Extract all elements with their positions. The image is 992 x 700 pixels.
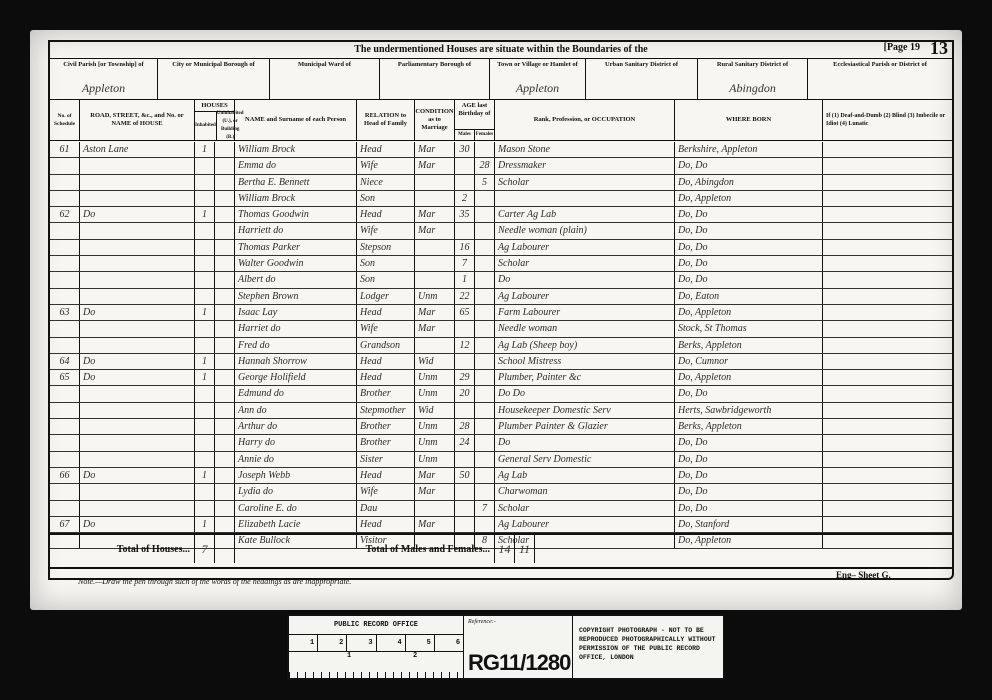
- relation-cell: Wife: [357, 223, 415, 238]
- schedule-cell: [50, 272, 80, 287]
- relation-cell: Wife: [357, 484, 415, 499]
- female-age-cell: [475, 223, 495, 238]
- infirmity-cell: [823, 191, 952, 206]
- male-age-cell: [455, 223, 475, 238]
- name-cell: Joseph Webb: [235, 468, 357, 483]
- name-cell: George Holifield: [235, 370, 357, 385]
- infirmity-cell: [823, 517, 952, 532]
- female-age-cell: [475, 142, 495, 157]
- col-where-born: WHERE BORN: [675, 100, 823, 140]
- table-row: Thomas ParkerStepson16Ag LabourerDo, Do: [50, 240, 952, 256]
- uninhabited-cell: [215, 272, 235, 287]
- female-age-cell: [475, 452, 495, 467]
- male-age-cell: 29: [455, 370, 475, 385]
- condition-cell: Mar: [415, 207, 455, 222]
- female-age-cell: [475, 338, 495, 353]
- uninhabited-cell: [215, 501, 235, 516]
- inhabited-cell: [195, 223, 215, 238]
- inhabited-cell: [195, 484, 215, 499]
- form-title: The undermentioned Houses are situate wi…: [50, 44, 952, 55]
- condition-cell: Unm: [415, 289, 455, 304]
- infirmity-cell: [823, 289, 952, 304]
- relation-cell: Head: [357, 517, 415, 532]
- infirmity-cell: [823, 452, 952, 467]
- table-row: 61Aston Lane1William BrockHeadMar30Mason…: [50, 142, 952, 158]
- inhabited-cell: [195, 272, 215, 287]
- female-age-cell: [475, 256, 495, 271]
- inhabited-cell: [195, 321, 215, 336]
- road-cell: Do: [80, 370, 195, 385]
- relation-cell: Son: [357, 272, 415, 287]
- female-age-cell: [475, 240, 495, 255]
- name-cell: Fred do: [235, 338, 357, 353]
- male-age-cell: 22: [455, 289, 475, 304]
- inhabited-cell: [195, 501, 215, 516]
- condition-cell: Mar: [415, 223, 455, 238]
- uninhabited-cell: [215, 370, 235, 385]
- table-row: Stephen BrownLodgerUnm22Ag LabourerDo, E…: [50, 289, 952, 305]
- uninhabited-cell: [215, 403, 235, 418]
- uninhabited-cell: [215, 338, 235, 353]
- where-born-cell: Do, Cumnor: [675, 354, 823, 369]
- female-age-cell: [475, 305, 495, 320]
- location-parliamentary-borough: Parliamentary Borough of: [380, 59, 490, 99]
- ruler: 1 2: [289, 652, 463, 678]
- schedule-cell: 67: [50, 517, 80, 532]
- inhabited-cell: 1: [195, 305, 215, 320]
- male-age-cell: 50: [455, 468, 475, 483]
- schedule-cell: [50, 338, 80, 353]
- inhabited-cell: [195, 256, 215, 271]
- male-age-cell: 2: [455, 191, 475, 206]
- total-houses-label: Total of Houses...: [50, 535, 195, 563]
- name-cell: Albert do: [235, 272, 357, 287]
- col-occupation: Rank, Profession, or OCCUPATION: [495, 100, 675, 140]
- female-age-cell: [475, 435, 495, 450]
- table-row: Edmund doBrotherUnm20Do DoDo, Do: [50, 386, 952, 402]
- infirmity-cell: [823, 158, 952, 173]
- where-born-cell: Herts, Sawbridgeworth: [675, 403, 823, 418]
- female-age-cell: [475, 272, 495, 287]
- relation-cell: Sister: [357, 452, 415, 467]
- uninhabited-cell: [215, 158, 235, 173]
- schedule-cell: [50, 386, 80, 401]
- male-age-cell: [455, 501, 475, 516]
- relation-cell: Head: [357, 207, 415, 222]
- col-road: ROAD, STREET, &c., and No. or NAME of HO…: [80, 100, 195, 140]
- occupation-cell: Do Do: [495, 386, 675, 401]
- uninhabited-cell: [215, 256, 235, 271]
- road-cell: [80, 191, 195, 206]
- col-infirmity: If (1) Deaf-and-Dumb (2) Blind (3) Imbec…: [823, 100, 952, 140]
- female-age-cell: [475, 191, 495, 206]
- condition-cell: [415, 256, 455, 271]
- name-cell: Hannah Shorrow: [235, 354, 357, 369]
- uninhabited-cell: [215, 354, 235, 369]
- census-entries: 61Aston Lane1William BrockHeadMar30Mason…: [50, 142, 952, 549]
- occupation-cell: Ag Labourer: [495, 517, 675, 532]
- uninhabited-cell: [215, 386, 235, 401]
- female-age-cell: [475, 354, 495, 369]
- male-age-cell: 24: [455, 435, 475, 450]
- uninhabited-cell: [215, 305, 235, 320]
- infirmity-cell: [823, 240, 952, 255]
- occupation-cell: Dressmaker: [495, 158, 675, 173]
- occupation-cell: Housekeeper Domestic Serv: [495, 403, 675, 418]
- where-born-cell: Do, Do: [675, 158, 823, 173]
- female-age-cell: [475, 419, 495, 434]
- name-cell: Caroline E. do: [235, 501, 357, 516]
- male-age-cell: 1: [455, 272, 475, 287]
- copyright-notice: COPYRIGHT PHOTOGRAPH - NOT TO BE REPRODU…: [573, 616, 723, 678]
- infirmity-cell: [823, 207, 952, 222]
- male-age-cell: [455, 175, 475, 190]
- occupation-cell: Ag Lab: [495, 468, 675, 483]
- female-age-cell: 5: [475, 175, 495, 190]
- name-cell: Walter Goodwin: [235, 256, 357, 271]
- male-age-cell: [455, 484, 475, 499]
- road-cell: [80, 256, 195, 271]
- schedule-cell: [50, 321, 80, 336]
- total-houses-value: 7: [195, 535, 215, 563]
- occupation-cell: School Mistress: [495, 354, 675, 369]
- name-cell: William Brock: [235, 142, 357, 157]
- road-cell: Aston Lane: [80, 142, 195, 157]
- uninhabited-cell: [215, 484, 235, 499]
- male-age-cell: 65: [455, 305, 475, 320]
- uninhabited-cell: [215, 142, 235, 157]
- occupation-cell: General Serv Domestic: [495, 452, 675, 467]
- road-cell: [80, 435, 195, 450]
- uninhabited-cell: [215, 289, 235, 304]
- relation-cell: Wife: [357, 158, 415, 173]
- road-cell: [80, 338, 195, 353]
- table-row: Emma doWifeMar28DressmakerDo, Do: [50, 158, 952, 174]
- uninhabited-cell: [215, 419, 235, 434]
- female-age-cell: [475, 289, 495, 304]
- relation-cell: Son: [357, 256, 415, 271]
- condition-cell: [415, 240, 455, 255]
- relation-cell: Lodger: [357, 289, 415, 304]
- page-number: [Page 19: [884, 42, 920, 53]
- where-born-cell: Berks, Appleton: [675, 419, 823, 434]
- col-name: NAME and Surname of each Person: [235, 100, 357, 140]
- reference-box: Reference:- RG11/1280: [464, 616, 573, 678]
- road-cell: [80, 223, 195, 238]
- name-cell: Elizabeth Lacie: [235, 517, 357, 532]
- inhabited-cell: [195, 435, 215, 450]
- occupation-cell: Ag Labourer: [495, 240, 675, 255]
- location-civil-parish: Civil Parish [or Township] of Appleton: [50, 59, 158, 99]
- location-city-borough: City or Municipal Borough of: [158, 59, 270, 99]
- road-cell: Do: [80, 517, 195, 532]
- road-cell: Do: [80, 305, 195, 320]
- inhabited-cell: [195, 158, 215, 173]
- condition-cell: [415, 338, 455, 353]
- where-born-cell: Do, Eaton: [675, 289, 823, 304]
- name-cell: Thomas Parker: [235, 240, 357, 255]
- infirmity-cell: [823, 403, 952, 418]
- male-age-cell: 30: [455, 142, 475, 157]
- road-cell: [80, 175, 195, 190]
- occupation-cell: Scholar: [495, 256, 675, 271]
- road-cell: [80, 501, 195, 516]
- totals-blank: [535, 535, 952, 563]
- inhabited-cell: [195, 452, 215, 467]
- total-females-value: 11: [515, 535, 535, 563]
- schedule-cell: [50, 452, 80, 467]
- column-header-row: No. of Schedule ROAD, STREET, &c., and N…: [50, 100, 952, 141]
- uninhabited-cell: [215, 191, 235, 206]
- female-age-cell: [475, 468, 495, 483]
- where-born-cell: Do, Do: [675, 435, 823, 450]
- condition-cell: Mar: [415, 305, 455, 320]
- relation-cell: Stepmother: [357, 403, 415, 418]
- road-cell: Do: [80, 468, 195, 483]
- location-town-village: Town or Village or Hamlet of Appleton: [490, 59, 586, 99]
- relation-cell: Brother: [357, 386, 415, 401]
- schedule-cell: [50, 419, 80, 434]
- condition-cell: Mar: [415, 484, 455, 499]
- male-age-cell: 35: [455, 207, 475, 222]
- female-age-cell: [475, 207, 495, 222]
- sheet-id: Eng– Sheet G.: [836, 570, 891, 580]
- road-cell: [80, 386, 195, 401]
- plate-number: 13: [930, 38, 948, 59]
- location-ecclesiastical-parish: Ecclesiastical Parish or District of: [808, 59, 952, 99]
- infirmity-cell: [823, 223, 952, 238]
- road-cell: Do: [80, 354, 195, 369]
- infirmity-cell: [823, 386, 952, 401]
- occupation-cell: Carter Ag Lab: [495, 207, 675, 222]
- road-cell: Do: [80, 207, 195, 222]
- occupation-cell: Charwoman: [495, 484, 675, 499]
- infirmity-cell: [823, 321, 952, 336]
- total-males-value: 14: [495, 535, 515, 563]
- condition-cell: Mar: [415, 321, 455, 336]
- scale-numbers: 1 2 3 4 5 6: [289, 635, 463, 652]
- uninhabited-cell: [215, 223, 235, 238]
- uninhabited-cell: [215, 240, 235, 255]
- schedule-cell: 61: [50, 142, 80, 157]
- location-rural-sanitary: Rural Sanitary District of Abingdon: [698, 59, 808, 99]
- name-cell: Stephen Brown: [235, 289, 357, 304]
- inhabited-cell: [195, 403, 215, 418]
- table-row: 65Do1George HolifieldHeadUnm29Plumber, P…: [50, 370, 952, 386]
- reference-number: RG11/1280: [468, 650, 570, 676]
- name-cell: William Brock: [235, 191, 357, 206]
- relation-cell: Head: [357, 142, 415, 157]
- condition-cell: Unm: [415, 435, 455, 450]
- name-cell: Harry do: [235, 435, 357, 450]
- infirmity-cell: [823, 370, 952, 385]
- male-age-cell: [455, 354, 475, 369]
- occupation-cell: [495, 191, 675, 206]
- census-sheet: The undermentioned Houses are situate wi…: [30, 30, 962, 610]
- relation-cell: Niece: [357, 175, 415, 190]
- condition-cell: Wid: [415, 354, 455, 369]
- where-born-cell: Do, Do: [675, 207, 823, 222]
- location-municipal-ward: Municipal Ward of: [270, 59, 380, 99]
- table-row: 63Do1Isaac LayHeadMar65Farm LabourerDo, …: [50, 305, 952, 321]
- schedule-cell: [50, 484, 80, 499]
- col-condition: CONDITION as to Marriage: [415, 100, 455, 140]
- col-age: AGE last Birthday of Males Females: [455, 100, 495, 140]
- female-age-cell: [475, 484, 495, 499]
- female-age-cell: 28: [475, 158, 495, 173]
- condition-cell: [415, 191, 455, 206]
- where-born-cell: Do, Do: [675, 468, 823, 483]
- form-note: Note.—Draw the pen through such of the w…: [78, 577, 351, 586]
- name-cell: Emma do: [235, 158, 357, 173]
- schedule-cell: [50, 403, 80, 418]
- relation-cell: Head: [357, 370, 415, 385]
- male-age-cell: [455, 158, 475, 173]
- schedule-cell: [50, 256, 80, 271]
- inhabited-cell: 1: [195, 370, 215, 385]
- table-row: 66Do1Joseph WebbHeadMar50Ag LabDo, Do: [50, 468, 952, 484]
- inhabited-cell: [195, 240, 215, 255]
- where-born-cell: Do, Do: [675, 223, 823, 238]
- relation-cell: Brother: [357, 435, 415, 450]
- table-row: Fred doGrandson12Ag Lab (Sheep boy)Berks…: [50, 338, 952, 354]
- road-cell: [80, 158, 195, 173]
- table-row: Harriet doWifeMarNeedle womanStock, St T…: [50, 321, 952, 337]
- where-born-cell: Berks, Appleton: [675, 338, 823, 353]
- road-cell: [80, 419, 195, 434]
- occupation-cell: Scholar: [495, 501, 675, 516]
- schedule-cell: [50, 289, 80, 304]
- inhabited-cell: [195, 289, 215, 304]
- uninhabited-cell: [215, 175, 235, 190]
- where-born-cell: Do, Appleton: [675, 191, 823, 206]
- table-row: Harry doBrotherUnm24DoDo, Do: [50, 435, 952, 451]
- table-row: Caroline E. doDau7ScholarDo, Do: [50, 501, 952, 517]
- inhabited-cell: [195, 419, 215, 434]
- infirmity-cell: [823, 419, 952, 434]
- name-cell: Thomas Goodwin: [235, 207, 357, 222]
- where-born-cell: Do, Do: [675, 386, 823, 401]
- inhabited-cell: 1: [195, 354, 215, 369]
- female-age-cell: [475, 386, 495, 401]
- record-office-scale: PUBLIC RECORD OFFICE 1 2 3 4 5 6 1 2: [289, 616, 464, 678]
- where-born-cell: Do, Do: [675, 484, 823, 499]
- where-born-cell: Do, Do: [675, 452, 823, 467]
- infirmity-cell: [823, 484, 952, 499]
- occupation-cell: Scholar: [495, 175, 675, 190]
- inhabited-cell: 1: [195, 468, 215, 483]
- table-row: William BrockSon2Do, Appleton: [50, 191, 952, 207]
- record-office-label: PUBLIC RECORD OFFICE 1 2 3 4 5 6 1 2 Ref…: [287, 614, 725, 680]
- occupation-cell: Needle woman (plain): [495, 223, 675, 238]
- schedule-cell: [50, 435, 80, 450]
- inhabited-cell: [195, 175, 215, 190]
- male-age-cell: 20: [455, 386, 475, 401]
- relation-cell: Head: [357, 305, 415, 320]
- name-cell: Bertha E. Bennett: [235, 175, 357, 190]
- table-row: Walter GoodwinSon7ScholarDo, Do: [50, 256, 952, 272]
- inhabited-cell: 1: [195, 207, 215, 222]
- schedule-cell: 66: [50, 468, 80, 483]
- table-row: Lydia doWifeMarCharwomanDo, Do: [50, 484, 952, 500]
- infirmity-cell: [823, 305, 952, 320]
- col-houses: HOUSES Inhabited Uninhabited (U.), or Bu…: [195, 100, 235, 140]
- road-cell: [80, 240, 195, 255]
- uninhabited-cell: [215, 321, 235, 336]
- total-people-label: Total of Males and Females...: [235, 535, 495, 563]
- where-born-cell: Do, Do: [675, 272, 823, 287]
- inhabited-cell: 1: [195, 517, 215, 532]
- schedule-cell: 62: [50, 207, 80, 222]
- road-cell: [80, 289, 195, 304]
- female-age-cell: [475, 321, 495, 336]
- table-row: 62Do1Thomas GoodwinHeadMar35Carter Ag La…: [50, 207, 952, 223]
- uninhabited-cell: [215, 207, 235, 222]
- male-age-cell: 16: [455, 240, 475, 255]
- where-born-cell: Stock, St Thomas: [675, 321, 823, 336]
- male-age-cell: 7: [455, 256, 475, 271]
- totals-row: Total of Houses... 7 Total of Males and …: [50, 533, 952, 569]
- infirmity-cell: [823, 435, 952, 450]
- occupation-cell: Ag Lab (Sheep boy): [495, 338, 675, 353]
- table-row: Harriett doWifeMarNeedle woman (plain)Do…: [50, 223, 952, 239]
- inhabited-cell: [195, 191, 215, 206]
- name-cell: Arthur do: [235, 419, 357, 434]
- female-age-cell: [475, 370, 495, 385]
- female-age-cell: [475, 403, 495, 418]
- male-age-cell: [455, 517, 475, 532]
- where-born-cell: Do, Do: [675, 240, 823, 255]
- where-born-cell: Do, Do: [675, 256, 823, 271]
- relation-cell: Dau: [357, 501, 415, 516]
- where-born-cell: Do, Stanford: [675, 517, 823, 532]
- schedule-cell: 63: [50, 305, 80, 320]
- relation-cell: Stepson: [357, 240, 415, 255]
- location-urban-sanitary: Urban Sanitary District of: [586, 59, 698, 99]
- location-header-row: Civil Parish [or Township] of Appleton C…: [50, 58, 952, 100]
- table-row: 64Do1Hannah ShorrowHeadWidSchool Mistres…: [50, 354, 952, 370]
- condition-cell: [415, 175, 455, 190]
- schedule-cell: [50, 191, 80, 206]
- male-age-cell: 12: [455, 338, 475, 353]
- where-born-cell: Do, Do: [675, 501, 823, 516]
- table-row: Ann doStepmotherWidHousekeeper Domestic …: [50, 403, 952, 419]
- condition-cell: Wid: [415, 403, 455, 418]
- road-cell: [80, 403, 195, 418]
- col-schedule: No. of Schedule: [50, 100, 80, 140]
- female-age-cell: 7: [475, 501, 495, 516]
- name-cell: Ann do: [235, 403, 357, 418]
- schedule-cell: [50, 240, 80, 255]
- infirmity-cell: [823, 256, 952, 271]
- occupation-cell: Plumber, Painter &c: [495, 370, 675, 385]
- male-age-cell: [455, 452, 475, 467]
- schedule-cell: 64: [50, 354, 80, 369]
- condition-cell: [415, 272, 455, 287]
- schedule-cell: [50, 501, 80, 516]
- table-row: Albert doSon1DoDo, Do: [50, 272, 952, 288]
- occupation-cell: Do: [495, 435, 675, 450]
- relation-cell: Head: [357, 354, 415, 369]
- where-born-cell: Do, Appleton: [675, 370, 823, 385]
- condition-cell: Mar: [415, 517, 455, 532]
- uninhabited-cell: [215, 517, 235, 532]
- infirmity-cell: [823, 142, 952, 157]
- condition-cell: Mar: [415, 142, 455, 157]
- schedule-cell: [50, 158, 80, 173]
- condition-cell: Unm: [415, 452, 455, 467]
- uninhabited-cell: [215, 435, 235, 450]
